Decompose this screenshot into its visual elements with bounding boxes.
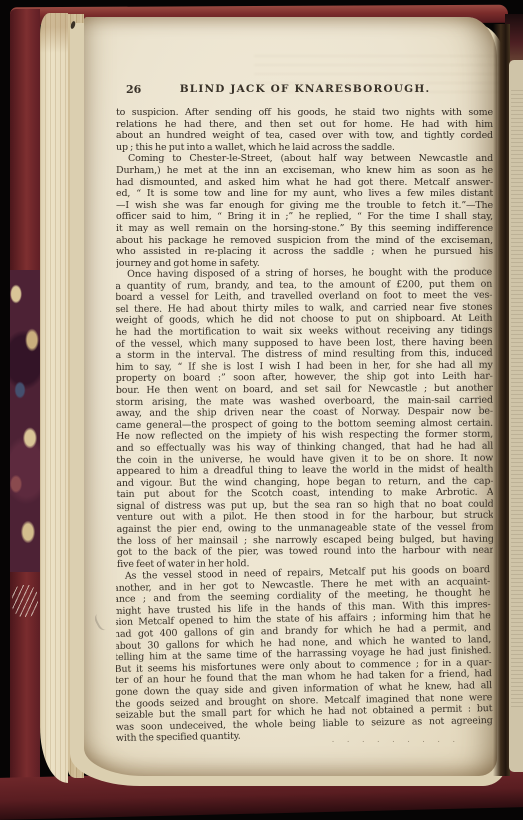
text-line: who assisted in re-placing it across the… (116, 246, 493, 258)
text-line: Durham,) he met at the inn an exciseman,… (116, 165, 493, 177)
text-line: ed, “ It is some tow and line for my aun… (116, 188, 493, 200)
page-number: 26 (126, 83, 141, 96)
page-header: 26 BLIND JACK OF KNARESBOROUGH. (116, 83, 494, 95)
footer-show-through-dots: . . . . . . . . . (314, 735, 460, 744)
text-line: Coming to Chester-le-Street, (about half… (116, 153, 493, 165)
running-head: BLIND JACK OF KNARESBOROUGH. (180, 83, 431, 95)
text-line: —I wish she was far enough for giving me… (116, 200, 493, 212)
facing-page-text-ghost (511, 90, 523, 710)
book-photo: 26 BLIND JACK OF KNARESBOROUGH. to suspi… (0, 0, 523, 820)
binding-threads (12, 585, 38, 617)
text-line: it may as well remain on the horsing-sto… (116, 223, 493, 235)
paragraph: Once having disposed of a string of hors… (116, 267, 493, 571)
spine-leather-top (10, 9, 40, 275)
text-line: about an hundred weight of tea, cased ov… (116, 130, 493, 142)
book-page: 26 BLIND JACK OF KNARESBOROUGH. to suspi… (84, 17, 497, 776)
text-line: to suspicion. After sending off his good… (116, 107, 493, 119)
paragraph: As the vessel stood in need of repairs, … (116, 564, 493, 745)
paragraph: to suspicion. After sending off his good… (116, 107, 493, 153)
text-line: about his package he removed suspicion f… (116, 235, 493, 247)
text-line: officer said to him, “ Bring it in ;” he… (116, 211, 493, 223)
page-stack-edges (40, 13, 68, 783)
paragraph: Coming to Chester-le-Street, (about half… (116, 153, 493, 269)
text-line: up ; this he put into a wallet, which he… (116, 142, 493, 154)
text-line: relations he had there, and then set out… (116, 119, 493, 131)
text-line: had dismounted, and asked him what he ha… (116, 177, 493, 189)
marbled-board-edge (10, 270, 40, 575)
gutter-shadow (493, 24, 510, 776)
page-body: to suspicion. After sending off his good… (116, 107, 493, 757)
